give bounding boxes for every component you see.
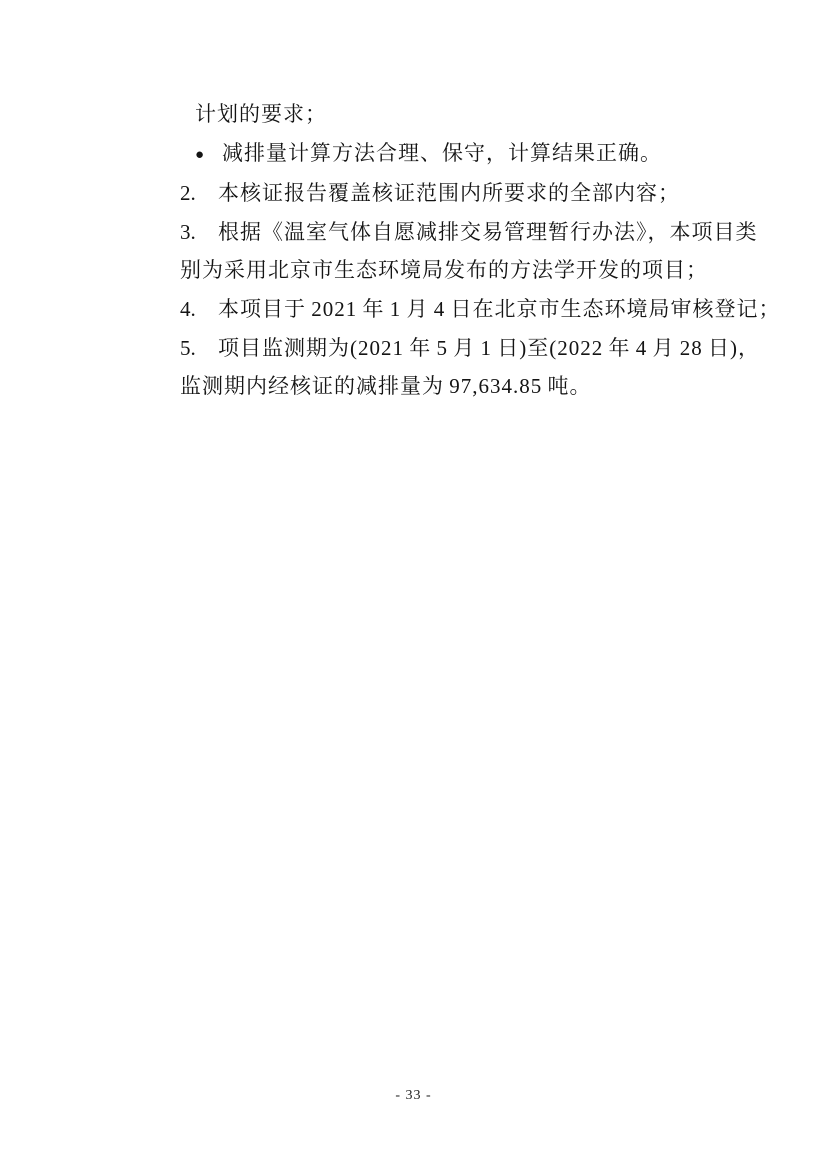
list-number: 3. (180, 213, 218, 252)
line-text: 根据《温室气体自愿减排交易管理暂行办法》，本项目类 (218, 220, 758, 244)
line-text: 本核证报告覆盖核证范围内所要求的全部内容； (218, 181, 680, 205)
numbered-item-5-continuation: 监测期内经核证的减排量为 97,634.85 吨。 (180, 367, 755, 406)
line-text: 减排量计算方法合理、保守，计算结果正确。 (222, 141, 662, 165)
document-page: 计划的要求； ●减排量计算方法合理、保守，计算结果正确。 2.本核证报告覆盖核证… (0, 0, 827, 1170)
line-text: 别为采用北京市生态环境局发布的方法学开发的项目； (180, 258, 708, 282)
line-text: 本项目于 2021 年 1 月 4 日在北京市生态环境局审核登记； (218, 297, 781, 321)
line-text: 计划的要求； (195, 102, 327, 126)
numbered-item-4: 4.本项目于 2021 年 1 月 4 日在北京市生态环境局审核登记； (180, 290, 755, 329)
line-text: 项目监测期为(2021 年 5 月 1 日)至(2022 年 4 月 28 日)… (218, 336, 760, 360)
list-number: 2. (180, 174, 218, 213)
list-number: 4. (180, 290, 218, 329)
numbered-item-3-continuation: 别为采用北京市生态环境局发布的方法学开发的项目； (180, 251, 755, 290)
numbered-item-2: 2.本核证报告覆盖核证范围内所要求的全部内容； (180, 174, 755, 213)
list-number: 5. (180, 329, 218, 368)
page-number: - 33 - (0, 1088, 827, 1104)
line-text: 监测期内经核证的减排量为 97,634.85 吨。 (180, 374, 592, 398)
document-body: 计划的要求； ●减排量计算方法合理、保守，计算结果正确。 2.本核证报告覆盖核证… (180, 95, 755, 406)
bullet-icon: ● (195, 136, 222, 175)
numbered-item-3: 3.根据《温室气体自愿减排交易管理暂行办法》，本项目类 (180, 213, 755, 252)
paragraph-continuation-line: 计划的要求； (180, 95, 755, 134)
numbered-item-5: 5.项目监测期为(2021 年 5 月 1 日)至(2022 年 4 月 28 … (180, 329, 755, 368)
bullet-list-item: ●减排量计算方法合理、保守，计算结果正确。 (180, 134, 755, 175)
